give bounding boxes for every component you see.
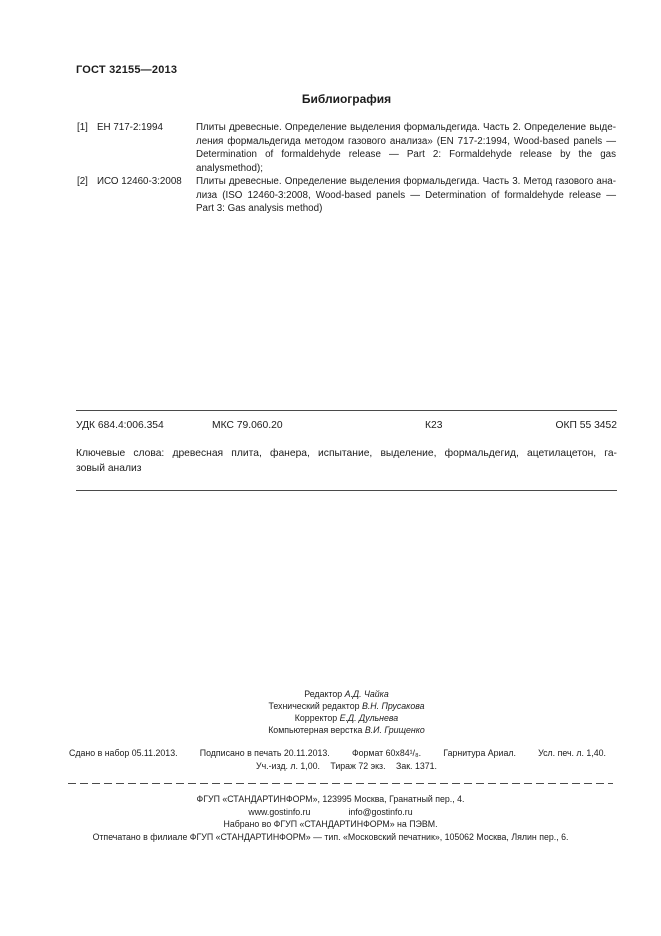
bib-ref-text-line: лиза (ISO 12460-3:2008, Wood-based panel… bbox=[196, 189, 616, 203]
bib-ref-text-line: Part 3: Gas analysis method) bbox=[196, 202, 616, 216]
okp-code: ОКП 55 3452 bbox=[556, 420, 618, 431]
credit-role: Редактор bbox=[304, 689, 342, 699]
publisher-contacts: www.gostinfo.ru info@gostinfo.ru bbox=[40, 806, 621, 819]
credit-line: Компьютерная верстка В.И. Грищенко bbox=[76, 724, 617, 736]
credit-role: Корректор bbox=[295, 713, 337, 723]
credit-role: Компьютерная верстка bbox=[268, 725, 362, 735]
publisher-website: www.gostinfo.ru bbox=[248, 806, 310, 819]
bib-ref-text-line: Determination of formaldehyde release — … bbox=[196, 148, 616, 162]
credit-name: Е.Д. Дульнева bbox=[340, 713, 399, 723]
bib-ref-code: ЕН 717-2:1994 bbox=[97, 121, 196, 135]
doc-number: ГОСТ 32155—2013 bbox=[76, 64, 177, 76]
imprint-pub-sheets: Уч.-изд. л. 1,00. bbox=[256, 761, 320, 771]
imprint-line-2: Уч.-изд. л. 1,00. Тираж 72 экз. Зак. 137… bbox=[76, 761, 617, 772]
bib-ref-text-line: ления формальдегида методом газового ана… bbox=[196, 135, 616, 149]
imprint-typeset-date: Сдано в набор 05.11.2013. bbox=[69, 748, 178, 759]
document-page: ГОСТ 32155—2013 Библиография [1] ЕН 717-… bbox=[0, 0, 661, 936]
publisher-block: ФГУП «СТАНДАРТИНФОРМ», 123995 Москва, Гр… bbox=[40, 793, 621, 843]
classification-row: УДК 684.4:006.354 МКС 79.060.20 К23 ОКП … bbox=[76, 420, 617, 435]
keywords-paragraph: Ключевые слова: древесная плита, фанера,… bbox=[76, 446, 617, 476]
bib-ref-label: [1] bbox=[77, 121, 97, 135]
imprint-print-date: Подписано в печать 20.11.2013. bbox=[200, 748, 330, 759]
publisher-address: ФГУП «СТАНДАРТИНФОРМ», 123995 Москва, Гр… bbox=[40, 793, 621, 806]
publisher-printed-note: Отпечатано в филиале ФГУП «СТАНДАРТИНФОР… bbox=[40, 831, 621, 844]
imprint-print-sheets: Усл. печ. л. 1,40. bbox=[538, 748, 606, 759]
credit-name: В.И. Грищенко bbox=[365, 725, 425, 735]
bibliography-entry: [1] ЕН 717-2:1994 Плиты древесные. Опред… bbox=[77, 121, 617, 175]
section-title: Библиография bbox=[76, 92, 617, 106]
bib-ref-text-line: Плиты древесные. Определение выделения ф… bbox=[196, 175, 616, 189]
bibliography-entry: [2] ИСО 12460-3:2008 Плиты древесные. Оп… bbox=[77, 175, 617, 216]
imprint-format: Формат 60х84¹/₈. bbox=[352, 748, 421, 759]
credit-name: А.Д. Чайка bbox=[345, 689, 389, 699]
keywords-line: Ключевые слова: древесная плита, фанера,… bbox=[76, 446, 617, 461]
imprint-line-1: Сдано в набор 05.11.2013. Подписано в пе… bbox=[69, 748, 606, 759]
udk-code: УДК 684.4:006.354 bbox=[76, 420, 164, 431]
bib-ref-text: Плиты древесные. Определение выделения ф… bbox=[196, 175, 616, 216]
dashed-divider bbox=[68, 783, 613, 784]
credit-line: Редактор А.Д. Чайка bbox=[76, 688, 617, 700]
publisher-typeset-note: Набрано во ФГУП «СТАНДАРТИНФОРМ» на ПЭВМ… bbox=[40, 818, 621, 831]
bib-ref-code: ИСО 12460-3:2008 bbox=[97, 175, 196, 189]
credit-role: Технический редактор bbox=[268, 701, 359, 711]
bib-ref-text: Плиты древесные. Определение выделения ф… bbox=[196, 121, 616, 175]
k-code: К23 bbox=[425, 420, 442, 431]
credit-line: Корректор Е.Д. Дульнева bbox=[76, 712, 617, 724]
bib-ref-text-line: Плиты древесные. Определение выделения ф… bbox=[196, 121, 616, 135]
bibliography: [1] ЕН 717-2:1994 Плиты древесные. Опред… bbox=[77, 121, 617, 216]
keywords-line: зовый анализ bbox=[76, 461, 617, 476]
imprint-typeface: Гарнитура Ариал. bbox=[443, 748, 516, 759]
bib-ref-label: [2] bbox=[77, 175, 97, 189]
publisher-email: info@gostinfo.ru bbox=[348, 806, 412, 819]
horizontal-divider bbox=[76, 490, 617, 491]
credit-name: В.Н. Прусакова bbox=[362, 701, 425, 711]
mks-code: МКС 79.060.20 bbox=[212, 420, 283, 431]
credits-block: Редактор А.Д. Чайка Технический редактор… bbox=[76, 688, 617, 736]
imprint-order-number: Зак. 1371. bbox=[396, 761, 437, 771]
bib-ref-text-line: analysmethod); bbox=[196, 162, 616, 176]
horizontal-divider bbox=[76, 410, 617, 411]
imprint-circulation: Тираж 72 экз. bbox=[330, 761, 385, 771]
credit-line: Технический редактор В.Н. Прусакова bbox=[76, 700, 617, 712]
